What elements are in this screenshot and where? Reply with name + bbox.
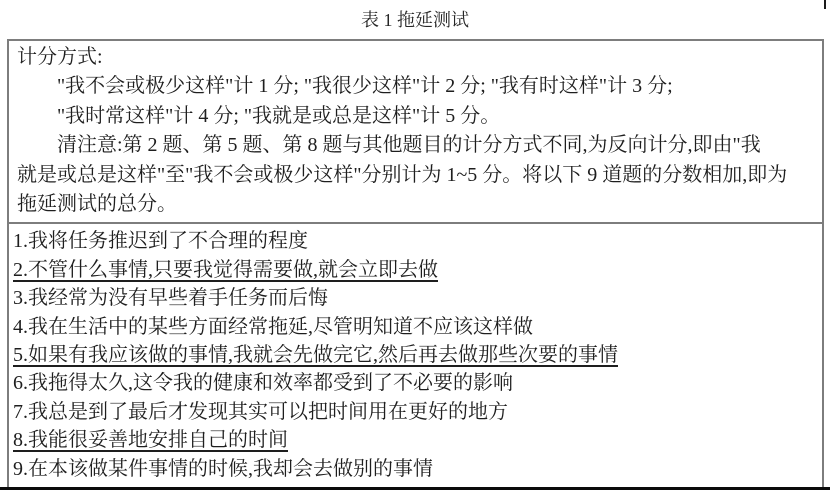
test-item: 7.我总是到了最后才发现其实可以把时间用在更好的地方 <box>13 398 814 426</box>
document-page: 表 1 拖延测试 计分方式: "我不会或极少这样"计 1 分; "我很少这样"计… <box>0 0 830 493</box>
scoring-line: "我不会或极少这样"计 1 分; "我很少这样"计 2 分; "我有时这样"计 … <box>17 72 814 101</box>
note-line: 清注意:第 2 题、第 5 题、第 8 题与其他题目的计分方式不同,为反向计分,… <box>17 131 814 160</box>
procrastination-test-table: 计分方式: "我不会或极少这样"计 1 分; "我很少这样"计 2 分; "我有… <box>7 39 824 489</box>
test-item: 2.不管什么事情,只要我觉得需要做,就会立即去做 <box>13 256 814 284</box>
test-items-cell: 1.我将任务推迟到了不合理的程度2.不管什么事情,只要我觉得需要做,就会立即去做… <box>9 224 822 487</box>
scoring-note: 清注意:第 2 题、第 5 题、第 8 题与其他题目的计分方式不同,为反向计分,… <box>17 131 814 219</box>
scoring-heading: 计分方式: <box>17 43 814 72</box>
test-item: 9.在本该做某件事情的时候,我却会去做别的事情 <box>13 455 814 483</box>
test-item: 1.我将任务推迟到了不合理的程度 <box>13 227 814 255</box>
note-line: 就是或总是这样"至"我不会或极少这样"分别计为 1~5 分。将以下 9 道题的分… <box>17 161 814 190</box>
note-line: 拖延测试的总分。 <box>17 190 814 219</box>
scoring-instructions-cell: 计分方式: "我不会或极少这样"计 1 分; "我很少这样"计 2 分; "我有… <box>9 41 822 224</box>
scoring-line: "我时常这样"计 4 分; "我就是或总是这样"计 5 分。 <box>17 102 814 131</box>
test-item: 6.我拖得太久,这令我的健康和效率都受到了不必要的影响 <box>13 369 814 397</box>
bottom-rule <box>0 487 830 490</box>
table-caption: 表 1 拖延测试 <box>0 7 830 33</box>
test-item: 3.我经常为没有早些着手任务而后悔 <box>13 284 814 312</box>
scoring-lines: "我不会或极少这样"计 1 分; "我很少这样"计 2 分; "我有时这样"计 … <box>17 72 814 131</box>
test-item: 8.我能很妥善地安排自己的时间 <box>13 426 814 454</box>
test-item: 5.如果有我应该做的事情,我就会先做完它,然后再去做那些次要的事情 <box>13 341 814 369</box>
test-item: 4.我在生活中的某些方面经常拖延,尽管明知道不应该这样做 <box>13 313 814 341</box>
